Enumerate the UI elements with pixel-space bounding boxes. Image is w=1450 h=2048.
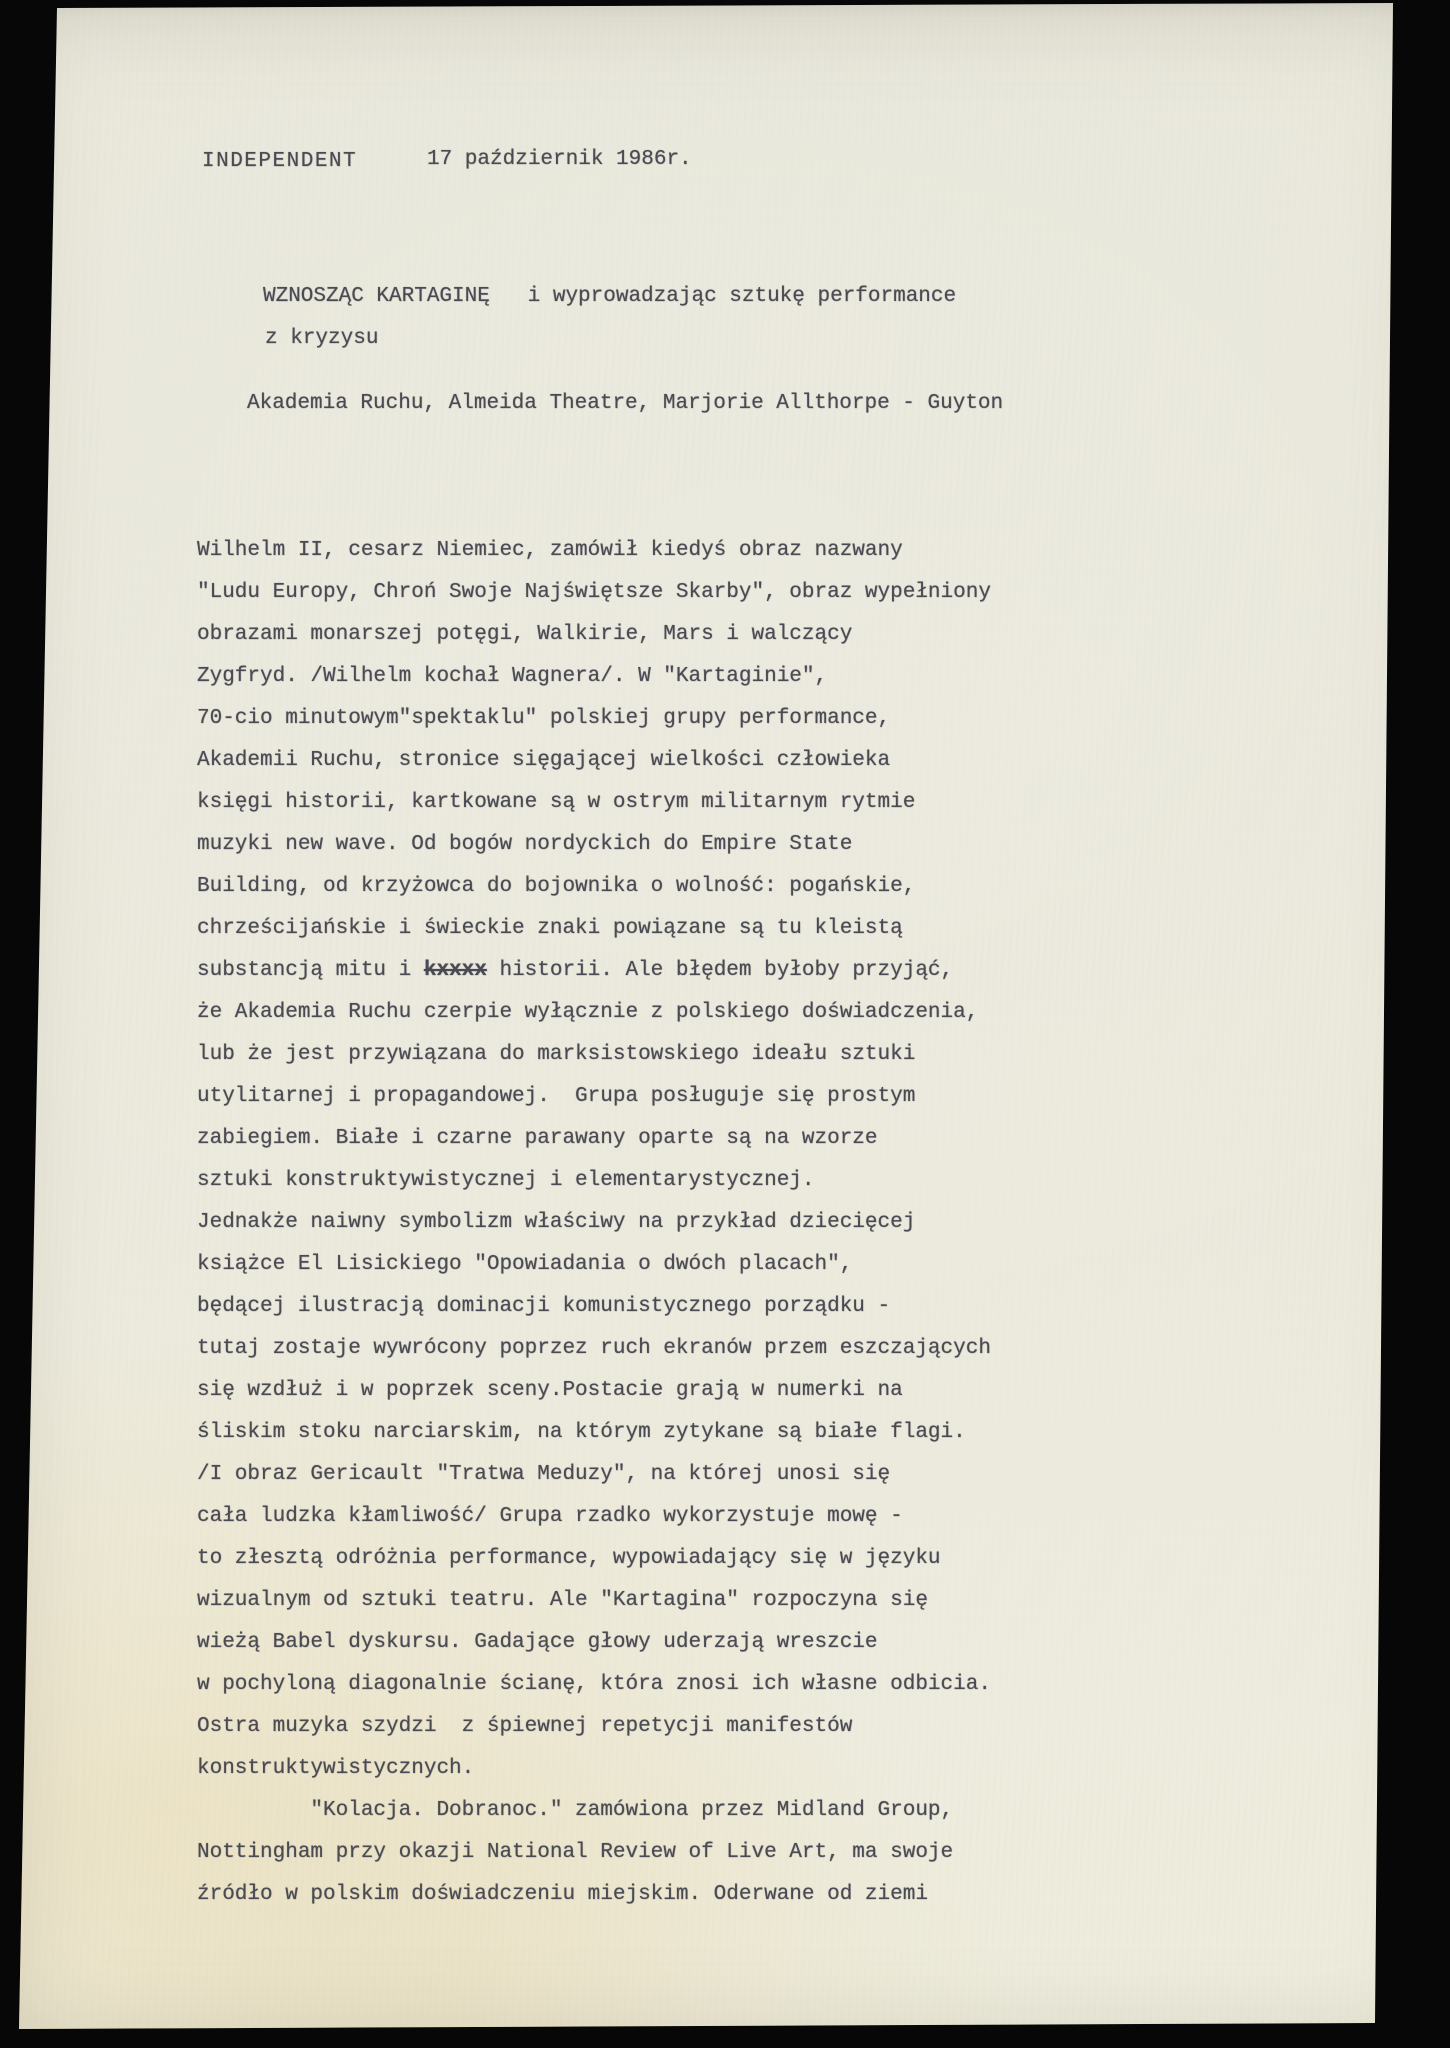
body-line: wieżą Babel dyskursu. Gadające głowy ude…	[197, 1622, 991, 1664]
body-line: Ostra muzyka szydzi z śpiewnej repetycji…	[197, 1706, 991, 1748]
publication-name: INDEPENDENT	[202, 141, 357, 183]
body-line: /I obraz Gericault "Tratwa Meduzy", na k…	[197, 1454, 991, 1496]
body-line: Akademii Ruchu, stronice sięgającej wiel…	[197, 740, 991, 782]
body-line: tutaj zostaje wywrócony poprzez ruch ekr…	[197, 1328, 991, 1370]
body-line: konstruktywistycznych.	[197, 1748, 991, 1790]
body-line: muzyki new wave. Od bogów nordyckich do …	[197, 824, 991, 866]
typewritten-content: INDEPENDENT 17 październik 1986r. WZNOSZ…	[0, 0, 1450, 2048]
body-line: Zygfryd. /Wilhelm kochał Wagnera/. W "Ka…	[197, 656, 991, 698]
body-line: wizualnym od sztuki teatru. Ale "Kartagi…	[197, 1580, 991, 1622]
body-line: źródło w polskim doświadczeniu miejskim.…	[197, 1874, 991, 1916]
body-line: chrześcijańskie i świeckie znaki powiąza…	[197, 908, 991, 950]
date-line: 17 październik 1986r.	[427, 139, 692, 181]
body-line: 70-cio minutowym"spektaklu" polskiej gru…	[197, 698, 991, 740]
body-line: cała ludzka kłamliwość/ Grupa rzadko wyk…	[197, 1496, 991, 1538]
body-line: śliskim stoku narciarskim, na którym zyt…	[197, 1412, 991, 1454]
article-title-line2: z kryzysu	[265, 318, 378, 360]
body-line: to złesztą odróżnia performance, wypowia…	[197, 1538, 991, 1580]
body-line: obrazami monarszej potęgi, Walkirie, Mar…	[197, 614, 991, 656]
body-line: książce El Lisickiego "Opowiadania o dwó…	[197, 1244, 991, 1286]
body-line-segment: historii. Ale błędem byłoby przyjąć,	[487, 959, 953, 982]
body-line: Wilhelm II, cesarz Niemiec, zamówił kied…	[197, 530, 991, 572]
body-line: sztuki konstruktywistycznej i elementary…	[197, 1160, 991, 1202]
body-text: Wilhelm II, cesarz Niemiec, zamówił kied…	[197, 530, 991, 1916]
body-line: Building, od krzyżowca do bojownika o wo…	[197, 866, 991, 908]
body-line: "Ludu Europy, Chroń Swoje Najświętsze Sk…	[197, 572, 991, 614]
body-line: Nottingham przy okazji National Review o…	[197, 1832, 991, 1874]
article-title-line1: WZNOSZĄC KARTAGINĘ i wyprowadzając sztuk…	[263, 276, 956, 318]
body-line: będącej ilustracją dominacji komunistycz…	[197, 1286, 991, 1328]
body-line-segment: substancją mitu i	[197, 959, 424, 982]
body-line: utylitarnej i propagandowej. Grupa posłu…	[197, 1076, 991, 1118]
scanned-page-stage: INDEPENDENT 17 październik 1986r. WZNOSZ…	[0, 0, 1450, 2048]
body-line: "Kolacja. Dobranoc." zamówiona przez Mid…	[197, 1790, 991, 1832]
body-line: substancją mitu i kxxxx historii. Ale bł…	[197, 950, 991, 992]
body-line: w pochyloną diagonalnie ścianę, która zn…	[197, 1664, 991, 1706]
body-line: księgi historii, kartkowane są w ostrym …	[197, 782, 991, 824]
body-line: że Akademia Ruchu czerpie wyłącznie z po…	[197, 992, 991, 1034]
body-line: lub że jest przywiązana do marksistowski…	[197, 1034, 991, 1076]
body-line: się wzdłuż i w poprzek sceny.Postacie gr…	[197, 1370, 991, 1412]
body-line: Jednakże naiwny symbolizm właściwy na pr…	[197, 1202, 991, 1244]
body-line: zabiegiem. Białe i czarne parawany opart…	[197, 1118, 991, 1160]
byline: Akademia Ruchu, Almeida Theatre, Marjori…	[247, 383, 1003, 425]
struck-word: kxxxx	[424, 959, 487, 982]
